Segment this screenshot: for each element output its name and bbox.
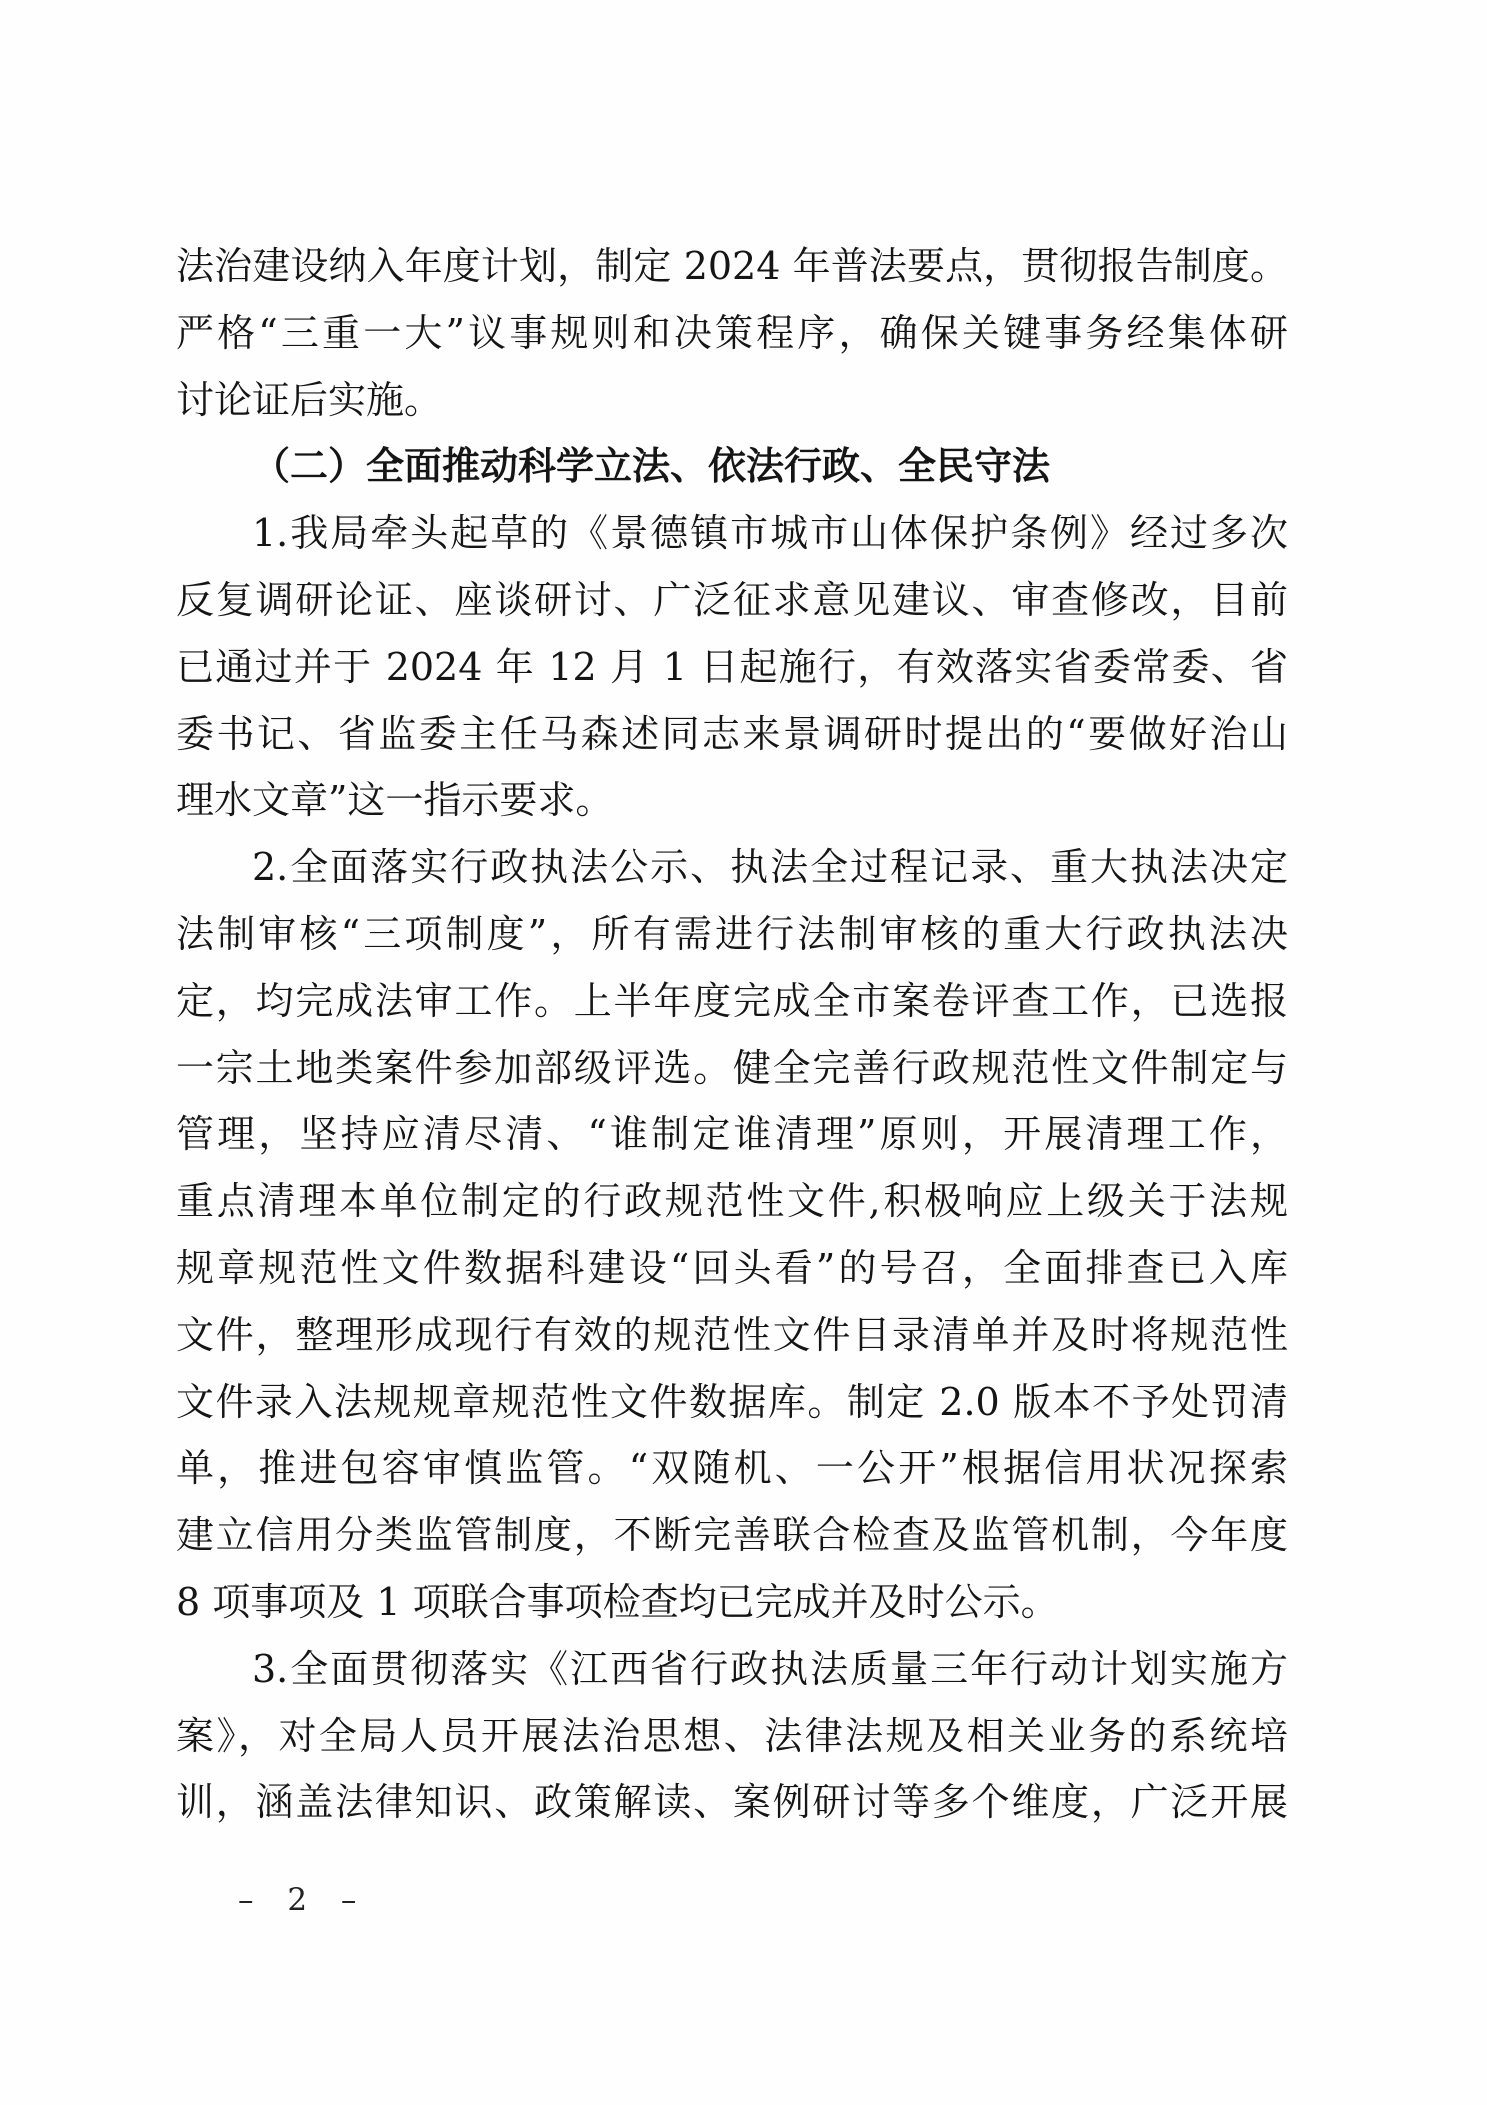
text-line: 讨论证后实施。 <box>176 367 1288 434</box>
document-text: 法治建设纳入年度计划，制定 2024 年普法要点，贯彻报告制度。 严格“三重一大… <box>176 233 1288 1836</box>
text-line: 1.我局牵头起草的《景德镇市城市山体保护条例》经过多次 <box>176 500 1288 567</box>
page-number: – 2 – <box>238 1882 368 1918</box>
text-line: 理水文章”这一指示要求。 <box>176 767 1288 834</box>
text-line: 管理，坚持应清尽清、“谁制定谁清理”原则，开展清理工作， <box>176 1101 1288 1168</box>
text-line: 定，均完成法审工作。上半年度完成全市案卷评查工作，已选报 <box>176 968 1288 1035</box>
text-line: 法制审核“三项制度”，所有需进行法制审核的重大行政执法决 <box>176 901 1288 968</box>
text-line: 建立信用分类监管制度，不断完善联合检查及监管机制，今年度 <box>176 1502 1288 1569</box>
text-line: 2.全面落实行政执法公示、执法全过程记录、重大执法决定 <box>176 834 1288 901</box>
text-line: 一宗土地类案件参加部级评选。健全完善行政规范性文件制定与 <box>176 1035 1288 1102</box>
text-line: 已通过并于 2024 年 12 月 1 日起施行，有效落实省委常委、省纪 <box>176 634 1288 701</box>
text-line: 3.全面贯彻落实《江西省行政执法质量三年行动计划实施方 <box>176 1636 1288 1703</box>
text-line: 反复调研论证、座谈研讨、广泛征求意见建议、审查修改，目前 <box>176 567 1288 634</box>
scanned-document-page: 法治建设纳入年度计划，制定 2024 年普法要点，贯彻报告制度。 严格“三重一大… <box>0 0 1487 2105</box>
text-line: 规章规范性文件数据科建设“回头看”的号召，全面排查已入库 <box>176 1235 1288 1302</box>
text-line: 训，涵盖法律知识、政策解读、案例研讨等多个维度，广泛开展 <box>176 1769 1288 1836</box>
text-line: 严格“三重一大”议事规则和决策程序，确保关键事务经集体研 <box>176 300 1288 367</box>
text-line: 单，推进包容审慎监管。“双随机、一公开”根据信用状况探索 <box>176 1435 1288 1502</box>
text-line: 法治建设纳入年度计划，制定 2024 年普法要点，贯彻报告制度。 <box>176 233 1288 300</box>
text-line: 8 项事项及 1 项联合事项检查均已完成并及时公示。 <box>176 1569 1288 1636</box>
text-line: 案》，对全局人员开展法治思想、法律法规及相关业务的系统培 <box>176 1703 1288 1770</box>
text-line: 重点清理本单位制定的行政规范性文件,积极响应上级关于法规 <box>176 1168 1288 1235</box>
section-heading: （二）全面推动科学立法、依法行政、全民守法 <box>176 433 1288 500</box>
text-line: 委书记、省监委主任马森述同志来景调研时提出的“要做好治山 <box>176 701 1288 768</box>
text-line: 文件录入法规规章规范性文件数据库。制定 2.0 版本不予处罚清 <box>176 1369 1288 1436</box>
text-line: 文件，整理形成现行有效的规范性文件目录清单并及时将规范性 <box>176 1302 1288 1369</box>
